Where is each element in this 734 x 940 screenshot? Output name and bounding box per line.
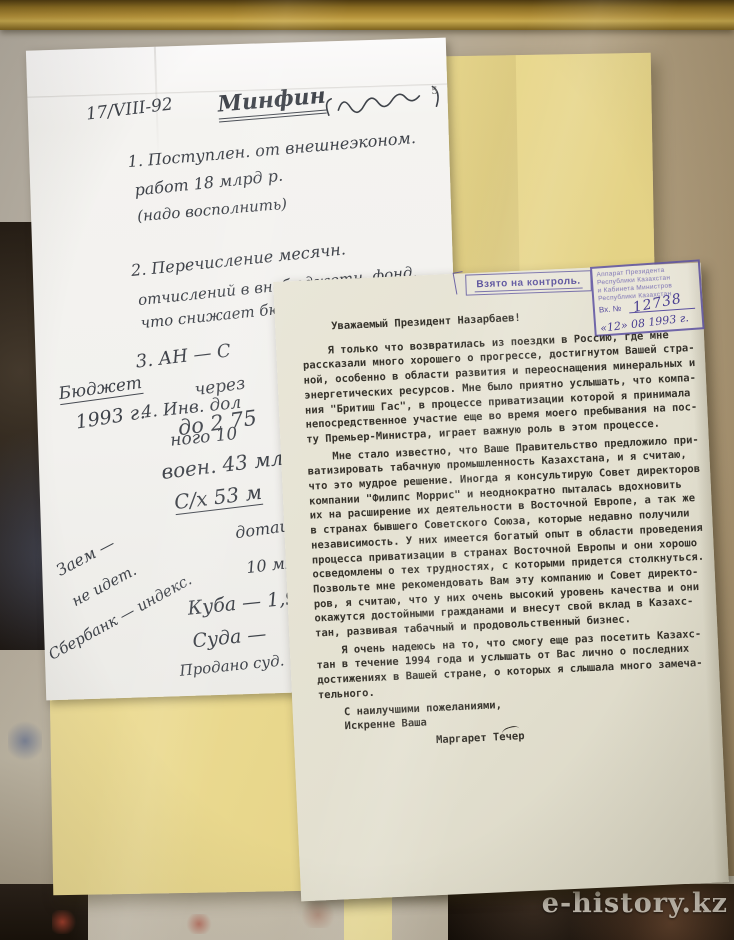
letter-body: Я только что возвратилась из поездки в Р… (302, 327, 707, 735)
handwritten-line-page: 5 (431, 86, 438, 97)
photo-detail (8, 718, 42, 764)
museum-display-photo: e-history.kz 17/VIII-92Минфин1. Поступле… (0, 0, 734, 940)
letter-paragraph: Мне стало известно, что Ваше Правительст… (307, 433, 703, 642)
handwritten-line-i3a: 3. АН — С (135, 340, 232, 372)
handwritten-line-bud2: 1993 г. (74, 401, 147, 433)
photo-detail (184, 914, 214, 934)
handwritten-line-sx: С/х 53 м (173, 480, 263, 515)
handwritten-line-i1c: (надо восполнить) (136, 195, 287, 226)
handwritten-line-kuba: Куба — 1,9 (187, 587, 299, 620)
note-lines: 17/VIII-92Минфин1. Поступлен. от внешнеэ… (26, 38, 446, 51)
handwritten-line-suda: Суда — (192, 623, 268, 652)
wooden-frame-bar (0, 0, 734, 30)
handwritten-line-i1a: 1. Поступлен. от внешнеэконом. (127, 128, 417, 171)
handwritten-line-bud1: Бюджет (58, 373, 144, 405)
handwritten-line-prod: Продано суд. (179, 651, 286, 680)
illegible-scrawl (322, 78, 445, 124)
letter-text: Уважаемый Президент Назарбаев! Я только … (273, 263, 722, 755)
photo-detail (52, 910, 78, 934)
typed-letter: Взято на контроль. Аппарат ПрезидентаРес… (273, 263, 729, 902)
handwritten-line-title: Минфин (217, 83, 327, 123)
watermark-text: e-history.kz (542, 888, 728, 919)
handwritten-line-date: 17/VIII-92 (85, 94, 174, 124)
handwritten-line-voen: воен. 43 мл (160, 446, 285, 484)
letter-paragraph: Я только что возвратилась из поездки в Р… (302, 327, 694, 447)
photo-detail (298, 902, 338, 928)
handwritten-line-i1b: работ 18 млрд р. (134, 166, 284, 200)
